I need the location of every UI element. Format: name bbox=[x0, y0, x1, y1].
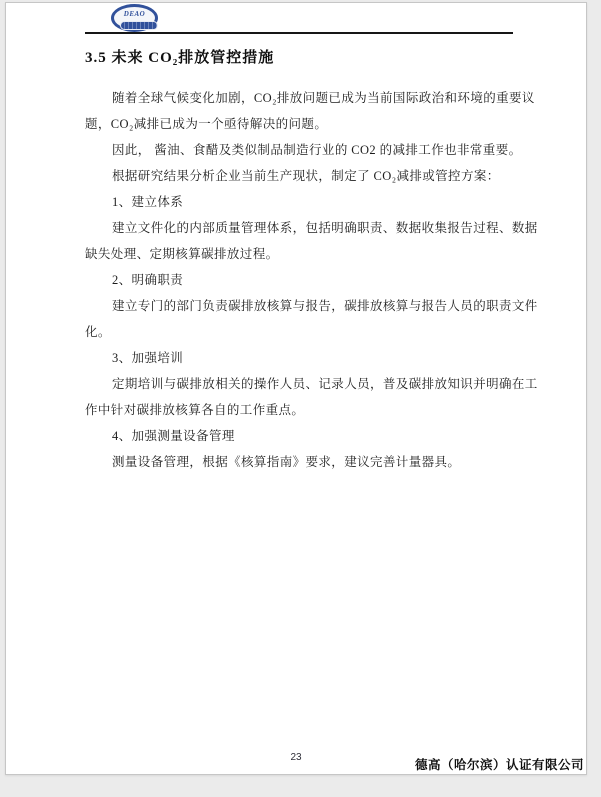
body-text-line: 随着全球气候变化加剧，CO₂排放问题已成为当前国际政治和环境的重要议 bbox=[85, 85, 517, 111]
body-text-line: 根据研究结果分析企业当前生产现状，制定了 CO₂减排或管控方案： bbox=[85, 163, 517, 189]
logo-banner bbox=[120, 21, 158, 30]
body-text-line: 2、明确职责 bbox=[85, 267, 517, 293]
body-text-line: 缺失处理、定期核算碳排放过程。 bbox=[85, 241, 517, 267]
body-text-line: 建立文件化的内部质量管理体系，包括明确职责、数据收集报告过程、数据 bbox=[85, 215, 517, 241]
company-logo: DEAO bbox=[110, 4, 160, 33]
body-text-line: 测量设备管理，根据《核算指南》要求，建议完善计量器具。 bbox=[85, 449, 517, 475]
body-text-line: 作中针对碳排放核算各自的工作重点。 bbox=[85, 397, 517, 423]
logo-oval-ring: DEAO bbox=[111, 4, 158, 32]
logo-text: DEAO bbox=[114, 10, 155, 18]
section-heading: 3.5 未来 CO₂排放管控措施 bbox=[85, 46, 274, 67]
body-text-line: 题，CO₂减排已成为一个亟待解决的问题。 bbox=[85, 111, 517, 137]
body-text-line: 定期培训与碳排放相关的操作人员、记录人员，普及碳排放知识并明确在工 bbox=[85, 371, 517, 397]
page-number: 23 bbox=[6, 752, 586, 763]
body-text-line: 3、加强培训 bbox=[85, 345, 517, 371]
body-text-line: 建立专门的部门负责碳排放核算与报告，碳排放核算与报告人员的职责文件 bbox=[85, 293, 517, 319]
document-viewer-background: { "header": { "company_name": "德高（哈尔滨）认证… bbox=[0, 0, 601, 797]
document-page: DEAO 德高（哈尔滨）认证有限公司 3.5 未来 CO₂排放管控措施 随着全球… bbox=[5, 2, 587, 775]
body-text-line: 因此， 酱油、食醋及类似制品制造行业的 CO2 的减排工作也非常重要。 bbox=[85, 137, 517, 163]
body-text-line: 4、加强测量设备管理 bbox=[85, 423, 517, 449]
body-text-block: 随着全球气候变化加剧，CO₂排放问题已成为当前国际政治和环境的重要议题，CO₂减… bbox=[85, 85, 517, 475]
body-text-line: 1、建立体系 bbox=[85, 189, 517, 215]
body-text-line: 化。 bbox=[85, 319, 517, 345]
